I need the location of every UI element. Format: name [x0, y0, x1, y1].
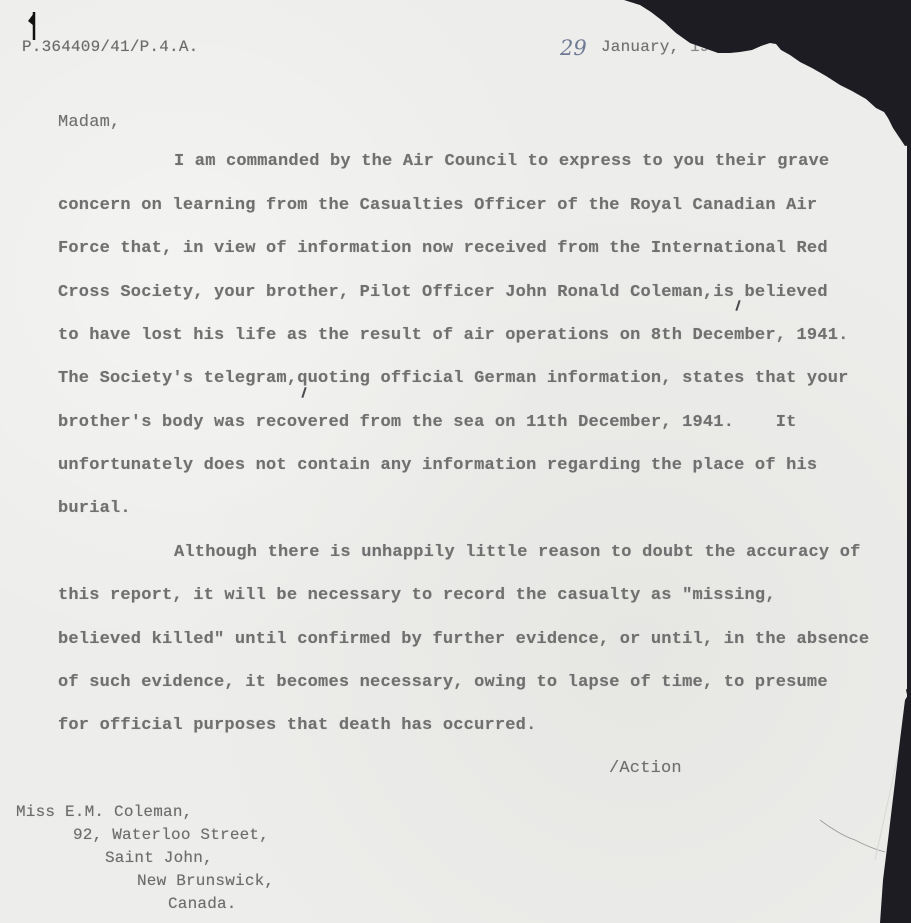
body-line: brother's body was recovered from the se…: [58, 413, 797, 432]
body-line: this report, it will be necessary to rec…: [58, 586, 776, 605]
body-line: Force that, in view of information now r…: [58, 239, 828, 258]
body-line: unfortunately does not contain any infor…: [58, 456, 817, 475]
pen-comma-mark: [301, 387, 306, 398]
body-line: Although there is unhappily little reaso…: [174, 543, 861, 562]
paper-crease: [780, 620, 911, 923]
reference-number: P.364409/41/P.4.A.: [22, 38, 198, 56]
body-line: Cross Society, your brother, Pilot Offic…: [58, 283, 828, 302]
addressee-country: Canada.: [168, 895, 237, 913]
body-line: for official purposes that death has occ…: [58, 716, 536, 735]
continuation-marker: /Action: [609, 759, 682, 778]
salutation: Madam,: [58, 113, 120, 132]
handwritten-date-day: 29: [560, 36, 587, 60]
addressee-street: 92, Waterloo Street,: [73, 826, 269, 844]
body-line: concern on learning from the Casualties …: [58, 196, 817, 215]
addressee-name: Miss E.M. Coleman,: [16, 803, 192, 821]
body-line: I am commanded by the Air Council to exp…: [174, 152, 829, 171]
addressee-city: Saint John,: [105, 849, 213, 867]
body-line: believed killed" until confirmed by furt…: [58, 630, 869, 649]
typed-date-month: January,: [601, 38, 679, 56]
body-line: The Society's telegram,quoting official …: [58, 369, 849, 388]
body-line: to have lost his life as the result of a…: [58, 326, 849, 345]
body-line: burial.: [58, 499, 131, 518]
addressee-province: New Brunswick,: [137, 872, 274, 890]
letter-page: P.364409/41/P.4.A. 29 January, 1942. Mad…: [0, 0, 911, 923]
typed-date-year: 1942.: [690, 38, 739, 56]
body-line: of such evidence, it becomes necessary, …: [58, 673, 828, 692]
